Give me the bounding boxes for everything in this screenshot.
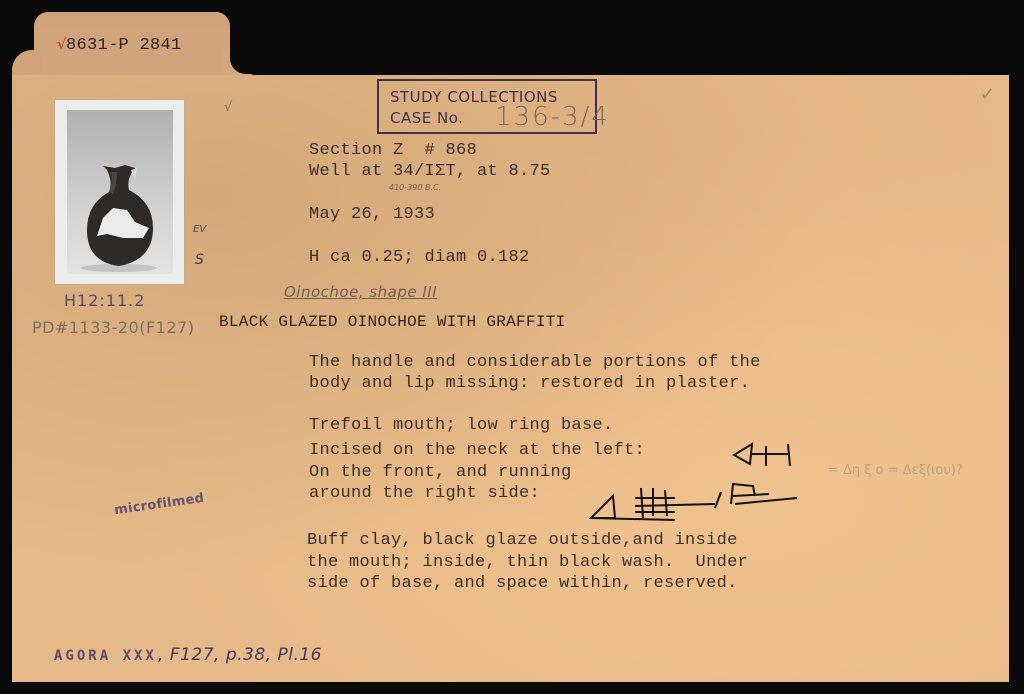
agora-publication-stamp: AGORA XXX xyxy=(54,648,157,664)
case-number: 136-3/4 xyxy=(495,102,610,132)
detail-line-2: Incised on the neck at the left: xyxy=(309,440,645,462)
tab-label: 8631-P 2841 xyxy=(66,35,182,57)
excavation-date: May 26, 1933 xyxy=(309,204,435,226)
neck-graffiti-icon xyxy=(730,440,800,470)
dimensions: H ca 0.25; diam 0.182 xyxy=(309,247,530,269)
shape-annotation: Oinochoe, shape III xyxy=(284,283,437,301)
description-line-1: The handle and considerable portions of … xyxy=(309,352,761,374)
date-annotation: 410-390 B.C. xyxy=(389,183,441,192)
oinochoe-icon xyxy=(67,110,173,274)
annotation-s: S xyxy=(195,252,204,268)
fabric-line-1: Buff clay, black glaze outside,and insid… xyxy=(307,530,738,552)
object-title: BLACK GLAZED OINOCHOE WITH GRAFFITI xyxy=(219,311,566,333)
inventory-number: H12:11.2 xyxy=(64,291,145,310)
detail-line-4: around the right side: xyxy=(309,483,540,505)
photo-image xyxy=(67,110,173,274)
annotation-ev: EV xyxy=(193,224,206,235)
fabric-line-2: the mouth; inside, thin black wash. Unde… xyxy=(307,552,748,574)
photo-check-mark: √ xyxy=(224,100,232,115)
well-line: Well at 34/IΣT, at 8.75 xyxy=(309,161,551,183)
object-photo xyxy=(55,100,184,284)
stamp-line-2: CASE No. xyxy=(390,109,463,127)
top-right-check: ✓ xyxy=(980,84,995,105)
side-graffiti-icon xyxy=(585,478,805,528)
graffiti-transcription: = Δη ξ ο = Δεξ(ιου)? xyxy=(828,463,963,478)
pd-reference: PD#1133-20(F127) xyxy=(32,318,194,337)
detail-line-3: On the front, and running xyxy=(309,462,572,484)
description-line-2: body and lip missing: restored in plaste… xyxy=(309,373,750,395)
publication-reference: , F127, p.38, Pl.16 xyxy=(158,645,322,665)
fabric-line-3: side of base, and space within, reserved… xyxy=(307,573,738,595)
detail-line-1: Trefoil mouth; low ring base. xyxy=(309,415,614,437)
section-line: Section Z # 868 xyxy=(309,140,477,162)
